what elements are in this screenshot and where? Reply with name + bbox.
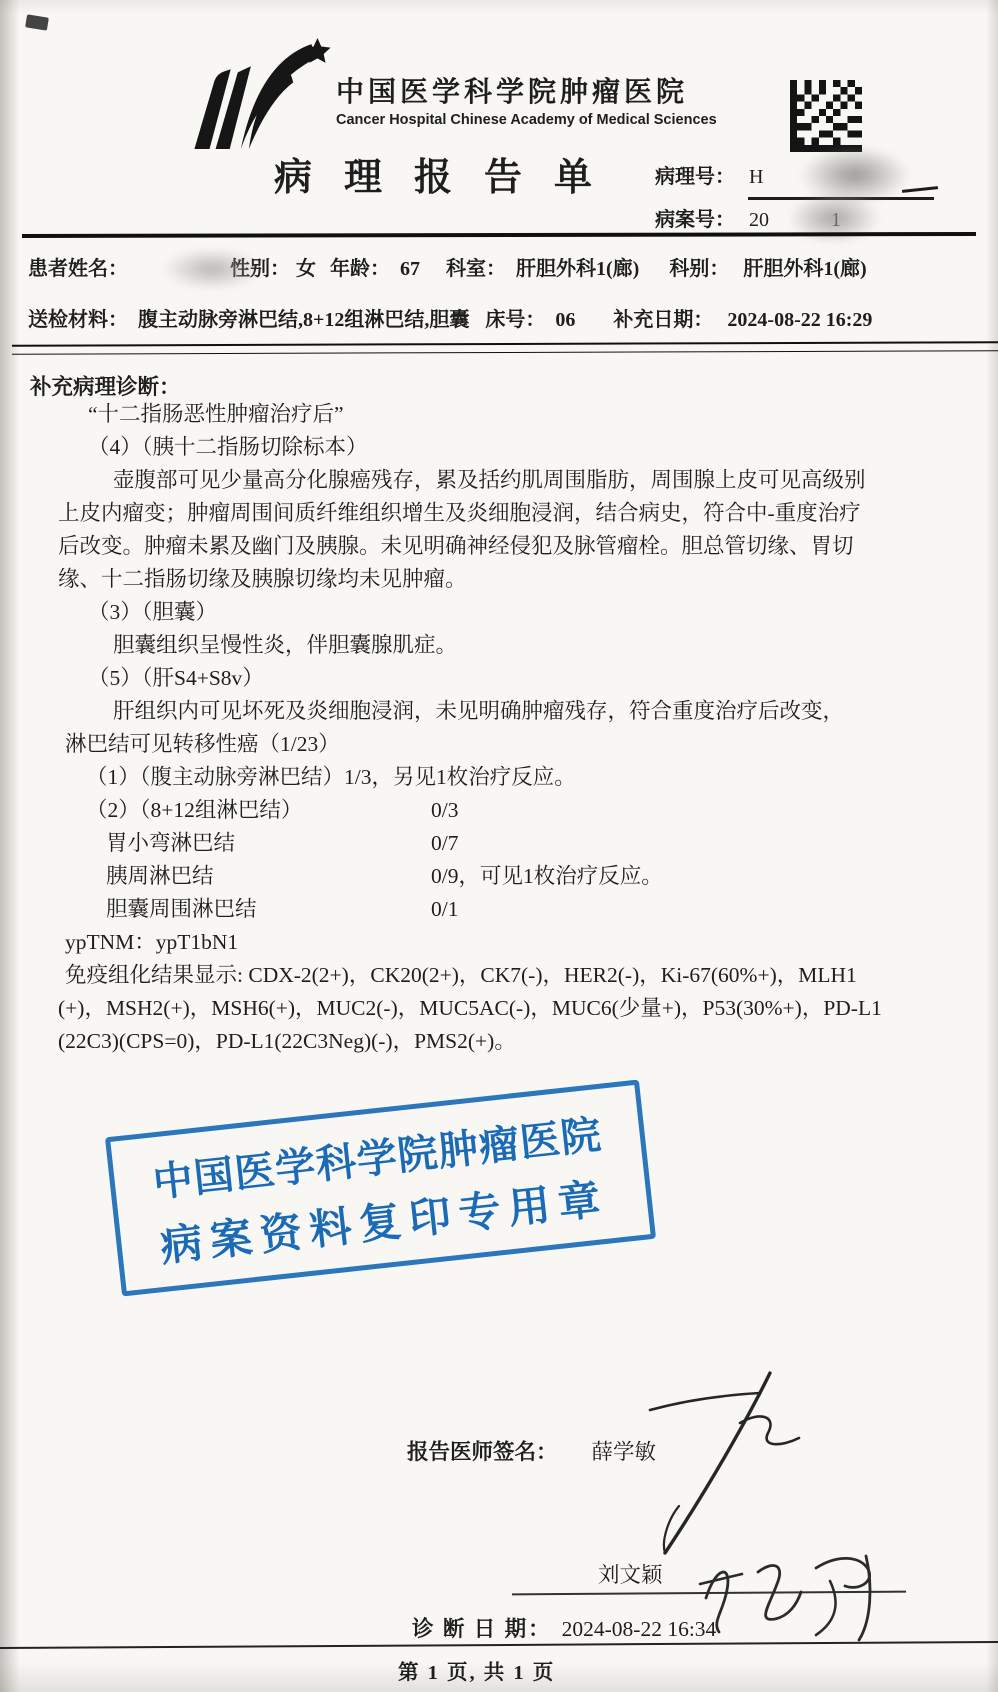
yptnm-line: ypTNM：ypT1bN1 [58, 926, 958, 959]
bed-label: 床号： [485, 303, 545, 332]
lymph-node-count: 0/3 [431, 798, 458, 822]
specimen-value: 腹主动脉旁淋巴结,8+12组淋巴结,胆囊 [138, 303, 469, 332]
dept-label: 科室： [446, 252, 506, 281]
branch-label: 科别： [669, 252, 729, 281]
diagnosis-date-value: 2024-08-22 16:34 [562, 1617, 717, 1641]
specimen-label: 送检材料： [28, 303, 128, 332]
lymph-node-count: 0/9，可见1枚治疗反应。 [431, 864, 663, 888]
lymph-node-row: 胰周淋巴结0/9，可见1枚治疗反应。 [58, 860, 958, 893]
diagnosis-text: 胆囊组织呈慢性炎，伴胆囊腺肌症。 [113, 633, 457, 657]
case-no-label: 病案号： [655, 209, 735, 231]
diagnosis-text: (22C3)(CPS=0)，PD-L1(22C3Neg)(-)，PMS2(+)。 [58, 1029, 516, 1053]
lymph-node-name: 胆囊周围淋巴结 [106, 893, 431, 926]
lymph-node-row: （2）（8+12组淋巴结）0/3 [58, 794, 958, 827]
diagnosis-line: （3）（胆囊） [58, 596, 958, 629]
diagnosis-date-label: 诊 断 日 期： [412, 1617, 552, 1641]
diagnosis-line: 上皮内瘤变；肿瘤周围间质纤维组织增生及炎细胞浸润，结合病史，符合中-重度治疗 [58, 497, 958, 530]
ihc-line: 免疫组化结果显示: CDX-2(2+)，CK20(2+)，CK7(-)，HER2… [58, 959, 958, 992]
diagnosis-text: 肝组织内可见坏死及炎细胞浸润，未见明确肿瘤残存，符合重度治疗后改变， [113, 699, 844, 723]
patient-name-label: 患者姓名： [28, 252, 128, 281]
lymph-node-name: 胰周淋巴结 [106, 860, 431, 893]
lymph-node-count: 0/1 [431, 897, 458, 921]
diagnosis-text: 后改变。肿瘤未累及幽门及胰腺。未见明确神经侵犯及脉管瘤栓。胆总管切缘、胃切 [58, 534, 854, 558]
diagnosis-text: 上皮内瘤变；肿瘤周围间质纤维组织增生及炎细胞浸润，结合病史，符合中-重度治疗 [58, 501, 861, 525]
diagnosis-line: （1）（腹主动脉旁淋巴结）1/3，另见1枚治疗反应。 [58, 761, 958, 794]
divider-double [12, 341, 998, 354]
lymph-node-row: 胃小弯淋巴结0/7 [58, 827, 958, 860]
hospital-name-en: Cancer Hospital Chinese Academy of Medic… [336, 112, 717, 128]
diagnosis-text: （1）（腹主动脉旁淋巴结）1/3，另见1枚治疗反应。 [86, 765, 576, 789]
diagnosis-date-row: 诊 断 日 期：2024-08-22 16:34 [412, 1612, 716, 1643]
handwritten-signature-icon [688, 1526, 903, 1644]
copy-certification-stamp: 中国医学科学院肿瘤医院 病案资料复印专用章 [105, 1079, 656, 1296]
diagnosis-text: 淋巴结可见转移性癌（1/23） [65, 732, 340, 756]
scan-corner-mark [25, 14, 49, 30]
pathology-report-page: 中国医学科学院肿瘤医院 Cancer Hospital Chinese Acad… [0, 0, 998, 1692]
diagnosis-line: 后改变。肿瘤未累及幽门及胰腺。未见明确神经侵犯及脉管瘤栓。胆总管切缘、胃切 [58, 530, 958, 563]
diagnosis-text: （4）（胰十二指肠切除标本） [88, 435, 368, 459]
diagnosis-text: “十二指肠恶性肿瘤治疗后” [88, 402, 344, 426]
diagnosis-line: （4）（胰十二指肠切除标本） [58, 431, 958, 464]
supp-date-value: 2024-08-22 16:29 [727, 309, 872, 332]
diagnosis-text: 壶腹部可见少量高分化腺癌残存，累及括约肌周围脂肪，周围腺上皮可见高级别 [113, 468, 866, 492]
data-matrix-barcode-icon [790, 80, 862, 152]
diagnosis-line: 胆囊组织呈慢性炎，伴胆囊腺肌症。 [58, 629, 958, 662]
bed-value: 06 [555, 309, 575, 332]
diagnosis-line: 肝组织内可见坏死及炎细胞浸润，未见明确肿瘤残存，符合重度治疗后改变， [58, 695, 958, 728]
page-number: 第 1 页, 共 1 页 [398, 1655, 555, 1685]
diagnosis-line: 壶腹部可见少量高分化腺癌残存，累及括约肌周围脂肪，周围腺上皮可见高级别 [58, 464, 958, 497]
diagnosis-line: “十二指肠恶性肿瘤治疗后” [58, 398, 958, 431]
sex-value: 女 [296, 252, 316, 281]
diagnosis-text: ypTNM：ypT1bN1 [65, 930, 238, 954]
lymph-node-count: 0/7 [431, 831, 458, 855]
reporter-signature-row: 报告医师签名：薛学敏 [407, 1435, 656, 1466]
branch-value: 肝胆外科1(廊) [743, 252, 866, 281]
diagnosis-text: 缘、十二指肠切缘及胰腺切缘均未见肿瘤。 [58, 567, 467, 591]
lymph-node-name: 胃小弯淋巴结 [106, 827, 431, 860]
redaction-smudge [162, 248, 262, 290]
diagnosis-text: （3）（胆囊） [88, 600, 217, 624]
hospital-name-cn: 中国医学科学院肿瘤医院 [336, 70, 688, 110]
report-title: 病理报告单 [274, 146, 624, 201]
diagnosis-body: “十二指肠恶性肿瘤治疗后” （4）（胰十二指肠切除标本） 壶腹部可见少量高分化腺… [58, 398, 958, 1058]
pathology-no-value: H [749, 166, 765, 188]
diagnosis-line: 淋巴结可见转移性癌（1/23） [58, 728, 958, 761]
hospital-logo-icon [188, 36, 340, 152]
redaction-smudge [788, 192, 880, 244]
diagnosis-section-label: 补充病理诊断： [30, 370, 181, 401]
diagnosis-text: （5）（肝S4+S8v） [88, 666, 264, 690]
case-no-value-prefix: 20 [749, 209, 769, 231]
pathology-no-dash [902, 186, 938, 193]
ihc-line: (+)，MSH2(+)，MSH6(+)，MUC2(-)，MUC5AC(-)，MU… [58, 992, 958, 1025]
ihc-line: (22C3)(CPS=0)，PD-L1(22C3Neg)(-)，PMS2(+)。 [58, 1025, 958, 1058]
diagnosis-text: (+)，MSH2(+)，MSH6(+)，MUC2(-)，MUC5AC(-)，MU… [58, 996, 882, 1020]
specimen-info-row: 送检材料： 腹主动脉旁淋巴结,8+12组淋巴结,胆囊 床号： 06 补充日期： … [28, 303, 978, 332]
lymph-node-row: 胆囊周围淋巴结0/1 [58, 893, 958, 926]
pathology-no-field: 病理号：H [655, 160, 765, 189]
pathology-no-label: 病理号： [655, 166, 735, 188]
age-value: 67 [400, 258, 420, 281]
lymph-node-name: （2）（8+12组淋巴结） [86, 794, 431, 827]
diagnosis-line: （5）（肝S4+S8v） [58, 662, 958, 695]
supp-date-label: 补充日期： [613, 303, 713, 332]
reporter-label: 报告医师签名： [407, 1440, 558, 1464]
diagnosis-text: 免疫组化结果显示: CDX-2(2+)，CK20(2+)，CK7(-)，HER2… [65, 963, 857, 987]
diagnosis-line: 缘、十二指肠切缘及胰腺切缘均未见肿瘤。 [58, 563, 958, 596]
dept-value: 肝胆外科1(廊) [516, 252, 639, 281]
age-label: 年龄： [330, 252, 390, 281]
